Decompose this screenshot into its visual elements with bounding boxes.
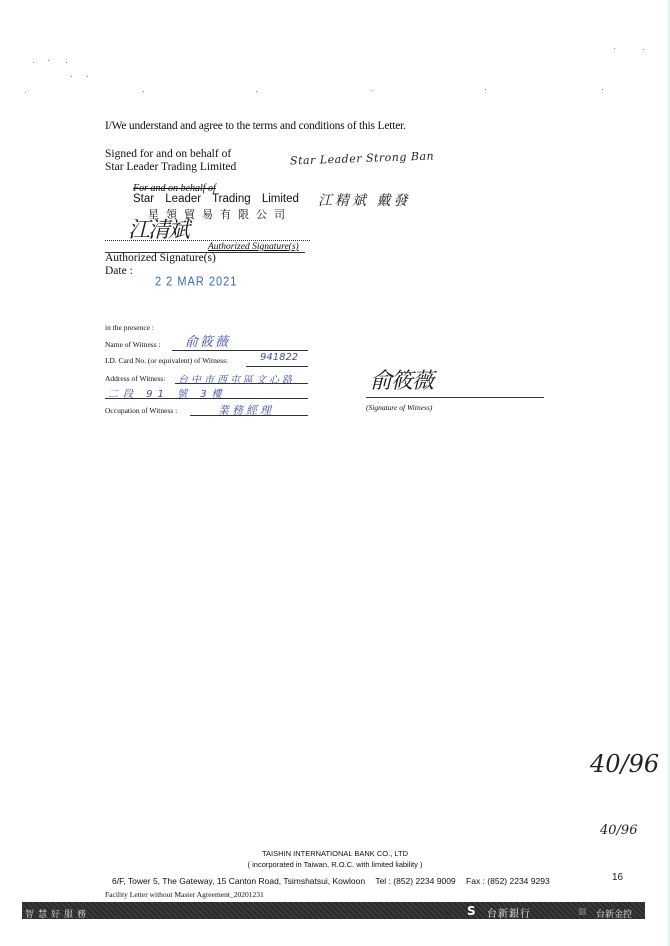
scan-speck — [256, 91, 257, 92]
witness-id-value: 941822 — [260, 352, 298, 363]
scan-speck — [87, 76, 88, 77]
authorized-signature-label: Authorized Signature(s) — [105, 252, 216, 264]
witness-signature-caption: (Signature of Witness) — [366, 403, 432, 412]
agreement-statement: I/We understand and agree to the terms a… — [105, 120, 406, 132]
stamp-company-name-en: Star Leader Trading Limited — [133, 193, 299, 205]
presence-label: in the presence : — [105, 323, 154, 332]
witness-occupation-label: Occupation of Witness : — [105, 406, 177, 415]
date-stamp: 2 2 MAR 2021 — [155, 275, 237, 289]
scan-speck — [48, 60, 49, 61]
footer-slogan: 智慧好服務 — [25, 907, 90, 920]
stamp-authorized-caption: Authorized Signature(s) — [208, 242, 299, 252]
footer-bar — [22, 902, 645, 919]
scan-speck — [25, 92, 26, 93]
bank-address: 6/F, Tower 5, The Gateway, 15 Canton Roa… — [112, 876, 365, 886]
scan-speck — [33, 62, 34, 63]
witness-id-label: I.D. Card No. (or equivalent) of Witness… — [105, 356, 228, 365]
witness-signature: 俞筱薇 — [370, 364, 433, 395]
scan-speck — [66, 62, 67, 63]
scan-speck — [371, 90, 372, 91]
bank-fax: Fax : (852) 2234 9293 — [466, 876, 550, 886]
scan-speck — [71, 76, 72, 77]
date-label: Date : — [105, 265, 133, 277]
signing-company: Star Leader Trading Limited — [105, 161, 236, 173]
taishin-logo-icon: S — [467, 905, 484, 917]
scan-speck — [143, 91, 144, 92]
holding-logo-icon: ▦ — [578, 907, 587, 917]
handwritten-page-mark-large: 40/96 — [590, 750, 659, 778]
stamp-dotted-line — [105, 240, 310, 241]
scan-speck — [643, 49, 644, 50]
witness-signature-line — [366, 397, 544, 398]
bank-incorporation: ( incorporated in Taiwan, R.O.C. with li… — [0, 860, 670, 869]
page-number: 16 — [612, 872, 623, 883]
scan-speck — [614, 48, 615, 49]
witness-address-line1: 台中市西屯區文心路 — [178, 371, 295, 386]
witness-id-line — [246, 366, 308, 367]
witness-address-label: Address of Witness: — [105, 374, 165, 383]
scan-speck — [602, 89, 603, 90]
witness-address-line2: 二段 91 號 3樓 — [108, 385, 227, 400]
signed-for-label: Signed for and on behalf of — [105, 148, 231, 160]
footer-holding-brand: 台新金控 — [596, 907, 632, 920]
document-reference: Facility Letter without Master Agreement… — [105, 890, 264, 899]
handwritten-english-name: Star Leader Strong Ban — [290, 149, 435, 167]
bank-name: TAISHIN INTERNATIONAL BANK CO., LTD — [0, 849, 670, 858]
witness-occupation-value: 業務經理 — [218, 402, 274, 418]
scan-speck — [485, 89, 486, 90]
witness-name-value: 俞筱薇 — [185, 331, 230, 350]
witness-name-label: Name of Witness : — [105, 340, 161, 349]
handwritten-chinese-name: 江精斌 戴發 — [318, 190, 410, 210]
witness-name-line — [172, 350, 308, 351]
bank-contact: 6/F, Tower 5, The Gateway, 15 Canton Roa… — [112, 876, 558, 886]
footer-bank-brand: 台新銀行 — [487, 905, 531, 920]
handwritten-page-mark-small: 40/96 — [600, 823, 637, 838]
bank-tel: Tel : (852) 2234 9009 — [375, 876, 455, 886]
